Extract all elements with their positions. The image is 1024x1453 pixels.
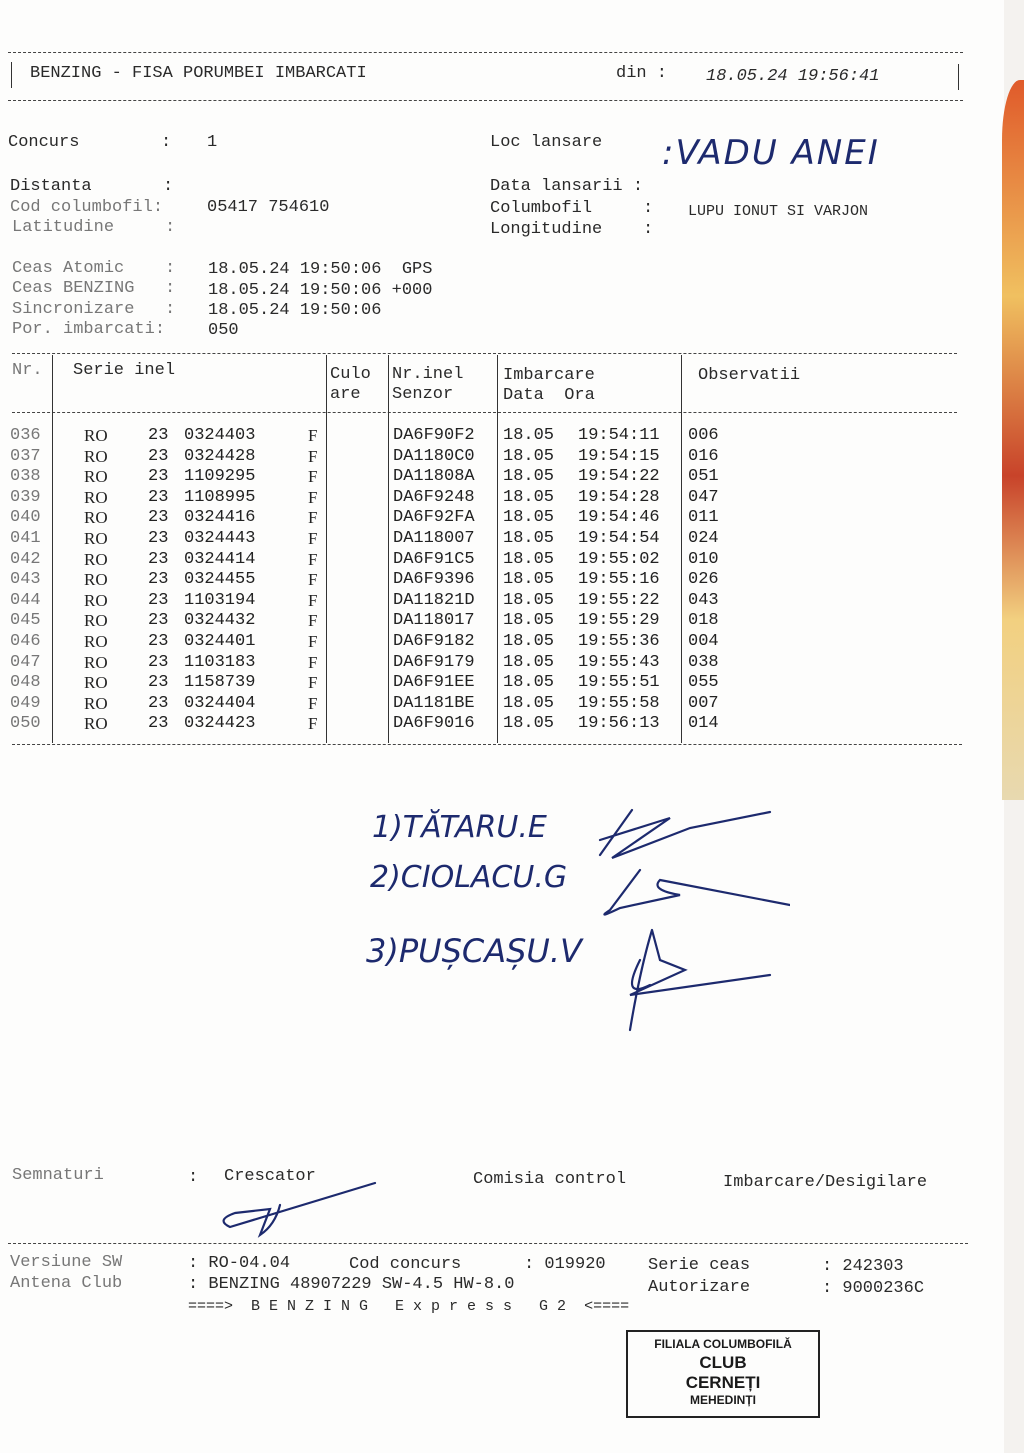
cell-sex: F — [308, 694, 317, 714]
latitudine-label: Latitudine : — [12, 218, 175, 238]
cell-date: 18.05 — [503, 694, 554, 714]
cell-date: 18.05 — [503, 426, 554, 446]
table-row: 040RO230324416FDA6F92FA18.0519:54:46011 — [0, 508, 960, 529]
cell-time: 19:55:16 — [578, 570, 660, 590]
cell-country: RO — [84, 570, 108, 590]
cell-ring: 1103194 — [184, 591, 255, 611]
cell-date: 18.05 — [503, 508, 554, 528]
cell-sex: F — [308, 529, 317, 549]
commission-signatures — [590, 800, 790, 1040]
cell-sensor: DA6F91C5 — [393, 550, 475, 570]
cell-obs: 055 — [688, 673, 719, 693]
cell-sensor: DA11808A — [393, 467, 475, 487]
stamp-line-2: CLUB — [628, 1354, 818, 1371]
table-row: 047RO231103183FDA6F917918.0519:55:43038 — [0, 653, 960, 674]
cell-obs: 016 — [688, 447, 719, 467]
table-row: 050RO230324423FDA6F901618.0519:56:13014 — [0, 714, 960, 735]
sincronizare-label: Sincronizare : — [12, 300, 175, 320]
cell-date: 18.05 — [503, 591, 554, 611]
cell-sex: F — [308, 653, 317, 673]
cell-sensor: DA118007 — [393, 529, 475, 549]
cell-sex: F — [308, 591, 317, 611]
cell-country: RO — [84, 550, 108, 570]
cell-year: 23 — [148, 488, 168, 508]
table-header-divider — [12, 412, 957, 413]
cell-sex: F — [308, 570, 317, 590]
cell-date: 18.05 — [503, 714, 554, 734]
cell-date: 18.05 — [503, 467, 554, 487]
cell-nr: 043 — [10, 570, 41, 590]
longitudine-label: Longitudine : — [490, 220, 653, 240]
stamp-line-3: CERNEȚI — [628, 1374, 818, 1391]
cell-sex: F — [308, 673, 317, 693]
cell-sensor: DA6F9248 — [393, 488, 475, 508]
cell-year: 23 — [148, 653, 168, 673]
cell-ring: 0324432 — [184, 611, 255, 631]
cell-year: 23 — [148, 467, 168, 487]
cell-sex: F — [308, 611, 317, 631]
benzing-express-banner: ====> B E N Z I N G E x p r e s s G 2 <=… — [188, 1297, 629, 1317]
header-date-value: 18.05.24 19:56:41 — [706, 67, 879, 87]
table-row: 041RO230324443FDA11800718.0519:54:54024 — [0, 529, 960, 550]
commission-member-3: 3)PUȘCAȘU.V — [366, 932, 582, 970]
cell-date: 18.05 — [503, 570, 554, 590]
cell-sex: F — [308, 508, 317, 528]
table-row: 042RO230324414FDA6F91C518.0519:55:02010 — [0, 550, 960, 571]
cell-nr: 046 — [10, 632, 41, 652]
cell-sex: F — [308, 714, 317, 734]
distanta-label: Distanta : — [10, 177, 173, 197]
table-row: 046RO230324401FDA6F918218.0519:55:36004 — [0, 632, 960, 653]
cell-ring: 0324414 — [184, 550, 255, 570]
cell-country: RO — [84, 467, 108, 487]
table-row: 039RO231108995FDA6F924818.0519:54:28047 — [0, 488, 960, 509]
cell-obs: 014 — [688, 714, 719, 734]
cell-sex: F — [308, 467, 317, 487]
table-row: 036RO230324403FDA6F90F218.0519:54:11006 — [0, 426, 960, 447]
cell-year: 23 — [148, 611, 168, 631]
serie-ceas-value: : 242303 — [822, 1257, 904, 1277]
cell-sex: F — [308, 632, 317, 652]
cell-sensor: DA6F9396 — [393, 570, 475, 590]
cell-date: 18.05 — [503, 611, 554, 631]
cell-time: 19:55:29 — [578, 611, 660, 631]
cell-obs: 043 — [688, 591, 719, 611]
ceas-atomic-value: 18.05.24 19:50:06 GPS — [208, 260, 432, 280]
crescator-signature — [210, 1175, 390, 1245]
col-header-observatii: Observatii — [698, 366, 800, 386]
cell-year: 23 — [148, 673, 168, 693]
cell-nr: 039 — [10, 488, 41, 508]
autorizare-label: Autorizare — [648, 1278, 750, 1298]
cell-nr: 049 — [10, 694, 41, 714]
cell-year: 23 — [148, 570, 168, 590]
col-header-nr: Nr. — [12, 361, 43, 381]
stamp-line-4: MEHEDINȚI — [628, 1394, 818, 1406]
columbofil-label: Columbofil : — [490, 199, 653, 219]
col-header-culoare-1: Culo — [330, 365, 371, 385]
cell-country: RO — [84, 694, 108, 714]
cell-ring: 1103183 — [184, 653, 255, 673]
cell-nr: 044 — [10, 591, 41, 611]
cell-ring: 0324455 — [184, 570, 255, 590]
cell-obs: 047 — [688, 488, 719, 508]
cell-time: 19:54:46 — [578, 508, 660, 528]
cell-sensor: DA6F9179 — [393, 653, 475, 673]
cell-nr: 038 — [10, 467, 41, 487]
cell-time: 19:54:54 — [578, 529, 660, 549]
cell-sensor: DA6F91EE — [393, 673, 475, 693]
header-left-bar — [11, 62, 12, 88]
club-stamp: FILIALA COLUMBOFILĂ CLUB CERNEȚI MEHEDIN… — [626, 1330, 820, 1418]
imbarcare-desigilare-label: Imbarcare/Desigilare — [723, 1173, 927, 1193]
cell-date: 18.05 — [503, 488, 554, 508]
footer-divider — [8, 1243, 968, 1244]
cell-time: 19:55:22 — [578, 591, 660, 611]
table-row: 044RO231103194FDA11821D18.0519:55:22043 — [0, 591, 960, 612]
cell-year: 23 — [148, 550, 168, 570]
col-header-serie: Serie inel — [73, 361, 175, 381]
cell-year: 23 — [148, 529, 168, 549]
document-title: BENZING - FISA PORUMBEI IMBARCATI — [30, 64, 367, 84]
cell-ring: 0324404 — [184, 694, 255, 714]
table-row: 048RO231158739FDA6F91EE18.0519:55:51055 — [0, 673, 960, 694]
cell-country: RO — [84, 714, 108, 734]
table-row: 045RO230324432FDA11801718.0519:55:29018 — [0, 611, 960, 632]
cell-country: RO — [84, 611, 108, 631]
cell-country: RO — [84, 653, 108, 673]
ceas-benzing-label: Ceas BENZING : — [12, 279, 175, 299]
col-header-nrinel-1: Nr.inel — [392, 365, 463, 385]
concurs-value: 1 — [207, 133, 217, 153]
cell-sensor: DA6F9182 — [393, 632, 475, 652]
cell-date: 18.05 — [503, 673, 554, 693]
cell-year: 23 — [148, 426, 168, 446]
cell-nr: 047 — [10, 653, 41, 673]
por-imbarcati-value: 050 — [208, 321, 239, 341]
cell-year: 23 — [148, 591, 168, 611]
cell-time: 19:54:22 — [578, 467, 660, 487]
cell-year: 23 — [148, 447, 168, 467]
cod-concurs-value: : 019920 — [524, 1255, 606, 1275]
cell-obs: 004 — [688, 632, 719, 652]
sincronizare-value: 18.05.24 19:50:06 — [208, 301, 381, 321]
col-header-imbarcare-1: Imbarcare — [503, 366, 595, 386]
col-header-culoare-2: are — [330, 385, 361, 405]
header-bottom-border — [8, 100, 963, 101]
cell-obs: 024 — [688, 529, 719, 549]
cell-ring: 1109295 — [184, 467, 255, 487]
cell-sensor: DA6F92FA — [393, 508, 475, 528]
cell-ring: 1158739 — [184, 673, 255, 693]
cell-country: RO — [84, 673, 108, 693]
concurs-label: Concurs : — [8, 133, 171, 153]
cell-sensor: DA6F9016 — [393, 714, 475, 734]
cell-time: 19:56:13 — [578, 714, 660, 734]
por-imbarcati-label: Por. imbarcati: — [12, 320, 165, 340]
cell-country: RO — [84, 632, 108, 652]
cell-ring: 0324423 — [184, 714, 255, 734]
serie-ceas-label: Serie ceas — [648, 1256, 750, 1276]
cell-sensor: DA6F90F2 — [393, 426, 475, 446]
col-header-imbarcare-2: Data Ora — [503, 386, 595, 406]
antena-club-label: Antena Club — [10, 1274, 122, 1294]
cell-date: 18.05 — [503, 632, 554, 652]
cell-date: 18.05 — [503, 529, 554, 549]
cell-date: 18.05 — [503, 550, 554, 570]
header-date-label: din : — [616, 64, 667, 84]
cell-obs: 010 — [688, 550, 719, 570]
cell-sex: F — [308, 550, 317, 570]
cell-time: 19:55:43 — [578, 653, 660, 673]
cell-sensor: DA118017 — [393, 611, 475, 631]
cell-country: RO — [84, 529, 108, 549]
versiune-sw-label: Versiune SW — [10, 1253, 122, 1273]
cell-ring: 0324416 — [184, 508, 255, 528]
table-row: 049RO230324404FDA1181BE18.0519:55:58007 — [0, 694, 960, 715]
cell-obs: 051 — [688, 467, 719, 487]
cell-nr: 041 — [10, 529, 41, 549]
ceas-benzing-value: 18.05.24 19:50:06 +000 — [208, 281, 432, 301]
table-row: 038RO231109295FDA11808A18.0519:54:22051 — [0, 467, 960, 488]
cell-nr: 048 — [10, 673, 41, 693]
cod-columbofil-label: Cod columbofil: — [10, 198, 163, 218]
cell-nr: 050 — [10, 714, 41, 734]
comisia-control-label: Comisia control — [473, 1170, 626, 1190]
cell-ring: 1108995 — [184, 488, 255, 508]
semnaturi-label: Semnaturi — [12, 1166, 104, 1186]
cell-time: 19:55:58 — [578, 694, 660, 714]
cell-country: RO — [84, 488, 108, 508]
semnaturi-colon: : — [188, 1168, 198, 1188]
commission-member-1: 1)TĂTARU.E — [372, 810, 547, 845]
cell-date: 18.05 — [503, 653, 554, 673]
cell-date: 18.05 — [503, 447, 554, 467]
table-row: 037RO230324428FDA1180C018.0519:54:15016 — [0, 447, 960, 468]
table-top-border — [12, 353, 957, 354]
col-header-nrinel-2: Senzor — [392, 385, 453, 405]
cell-sex: F — [308, 426, 317, 446]
cell-country: RO — [84, 508, 108, 528]
cell-nr: 045 — [10, 611, 41, 631]
header-right-bar — [958, 64, 959, 90]
table-bottom-border — [12, 744, 962, 745]
cell-time: 19:55:51 — [578, 673, 660, 693]
cell-ring: 0324443 — [184, 529, 255, 549]
cell-nr: 036 — [10, 426, 41, 446]
loc-lansare-label: Loc lansare — [490, 133, 602, 153]
cell-obs: 006 — [688, 426, 719, 446]
cell-sex: F — [308, 488, 317, 508]
cell-country: RO — [84, 591, 108, 611]
cell-ring: 0324401 — [184, 632, 255, 652]
antena-club-value: : BENZING 48907229 SW-4.5 HW-8.0 — [188, 1275, 514, 1295]
cell-obs: 038 — [688, 653, 719, 673]
header-top-border — [8, 52, 963, 53]
cell-sensor: DA1180C0 — [393, 447, 475, 467]
columbofil-value: LUPU IONUT SI VARJON — [688, 202, 868, 222]
cell-sensor: DA1181BE — [393, 694, 475, 714]
cell-country: RO — [84, 447, 108, 467]
cell-time: 19:55:02 — [578, 550, 660, 570]
cell-ring: 0324403 — [184, 426, 255, 446]
cell-year: 23 — [148, 714, 168, 734]
data-lansarii-label: Data lansarii : — [490, 177, 643, 197]
cell-time: 19:54:11 — [578, 426, 660, 446]
cell-year: 23 — [148, 632, 168, 652]
loc-lansare-handwritten: :VADU ANEI — [662, 133, 880, 173]
cell-sensor: DA11821D — [393, 591, 475, 611]
cell-year: 23 — [148, 508, 168, 528]
cell-time: 19:54:15 — [578, 447, 660, 467]
cell-time: 19:54:28 — [578, 488, 660, 508]
ceas-atomic-label: Ceas Atomic : — [12, 259, 175, 279]
versiune-sw-value: : RO-04.04 — [188, 1254, 290, 1274]
cell-country: RO — [84, 426, 108, 446]
cell-obs: 026 — [688, 570, 719, 590]
commission-member-2: 2)CIOLACU.G — [370, 860, 567, 895]
cod-columbofil-value: 05417 754610 — [207, 198, 329, 218]
cell-ring: 0324428 — [184, 447, 255, 467]
stamp-line-1: FILIALA COLUMBOFILĂ — [628, 1338, 818, 1350]
cell-obs: 011 — [688, 508, 719, 528]
table-row: 043RO230324455FDA6F939618.0519:55:16026 — [0, 570, 960, 591]
cell-obs: 007 — [688, 694, 719, 714]
cell-year: 23 — [148, 694, 168, 714]
cell-nr: 042 — [10, 550, 41, 570]
cell-obs: 018 — [688, 611, 719, 631]
cell-nr: 040 — [10, 508, 41, 528]
autorizare-value: : 9000236C — [822, 1279, 924, 1299]
cell-sex: F — [308, 447, 317, 467]
cell-nr: 037 — [10, 447, 41, 467]
background-fabric-edge — [1002, 80, 1024, 800]
cell-time: 19:55:36 — [578, 632, 660, 652]
cod-concurs-label: Cod concurs — [349, 1255, 461, 1275]
